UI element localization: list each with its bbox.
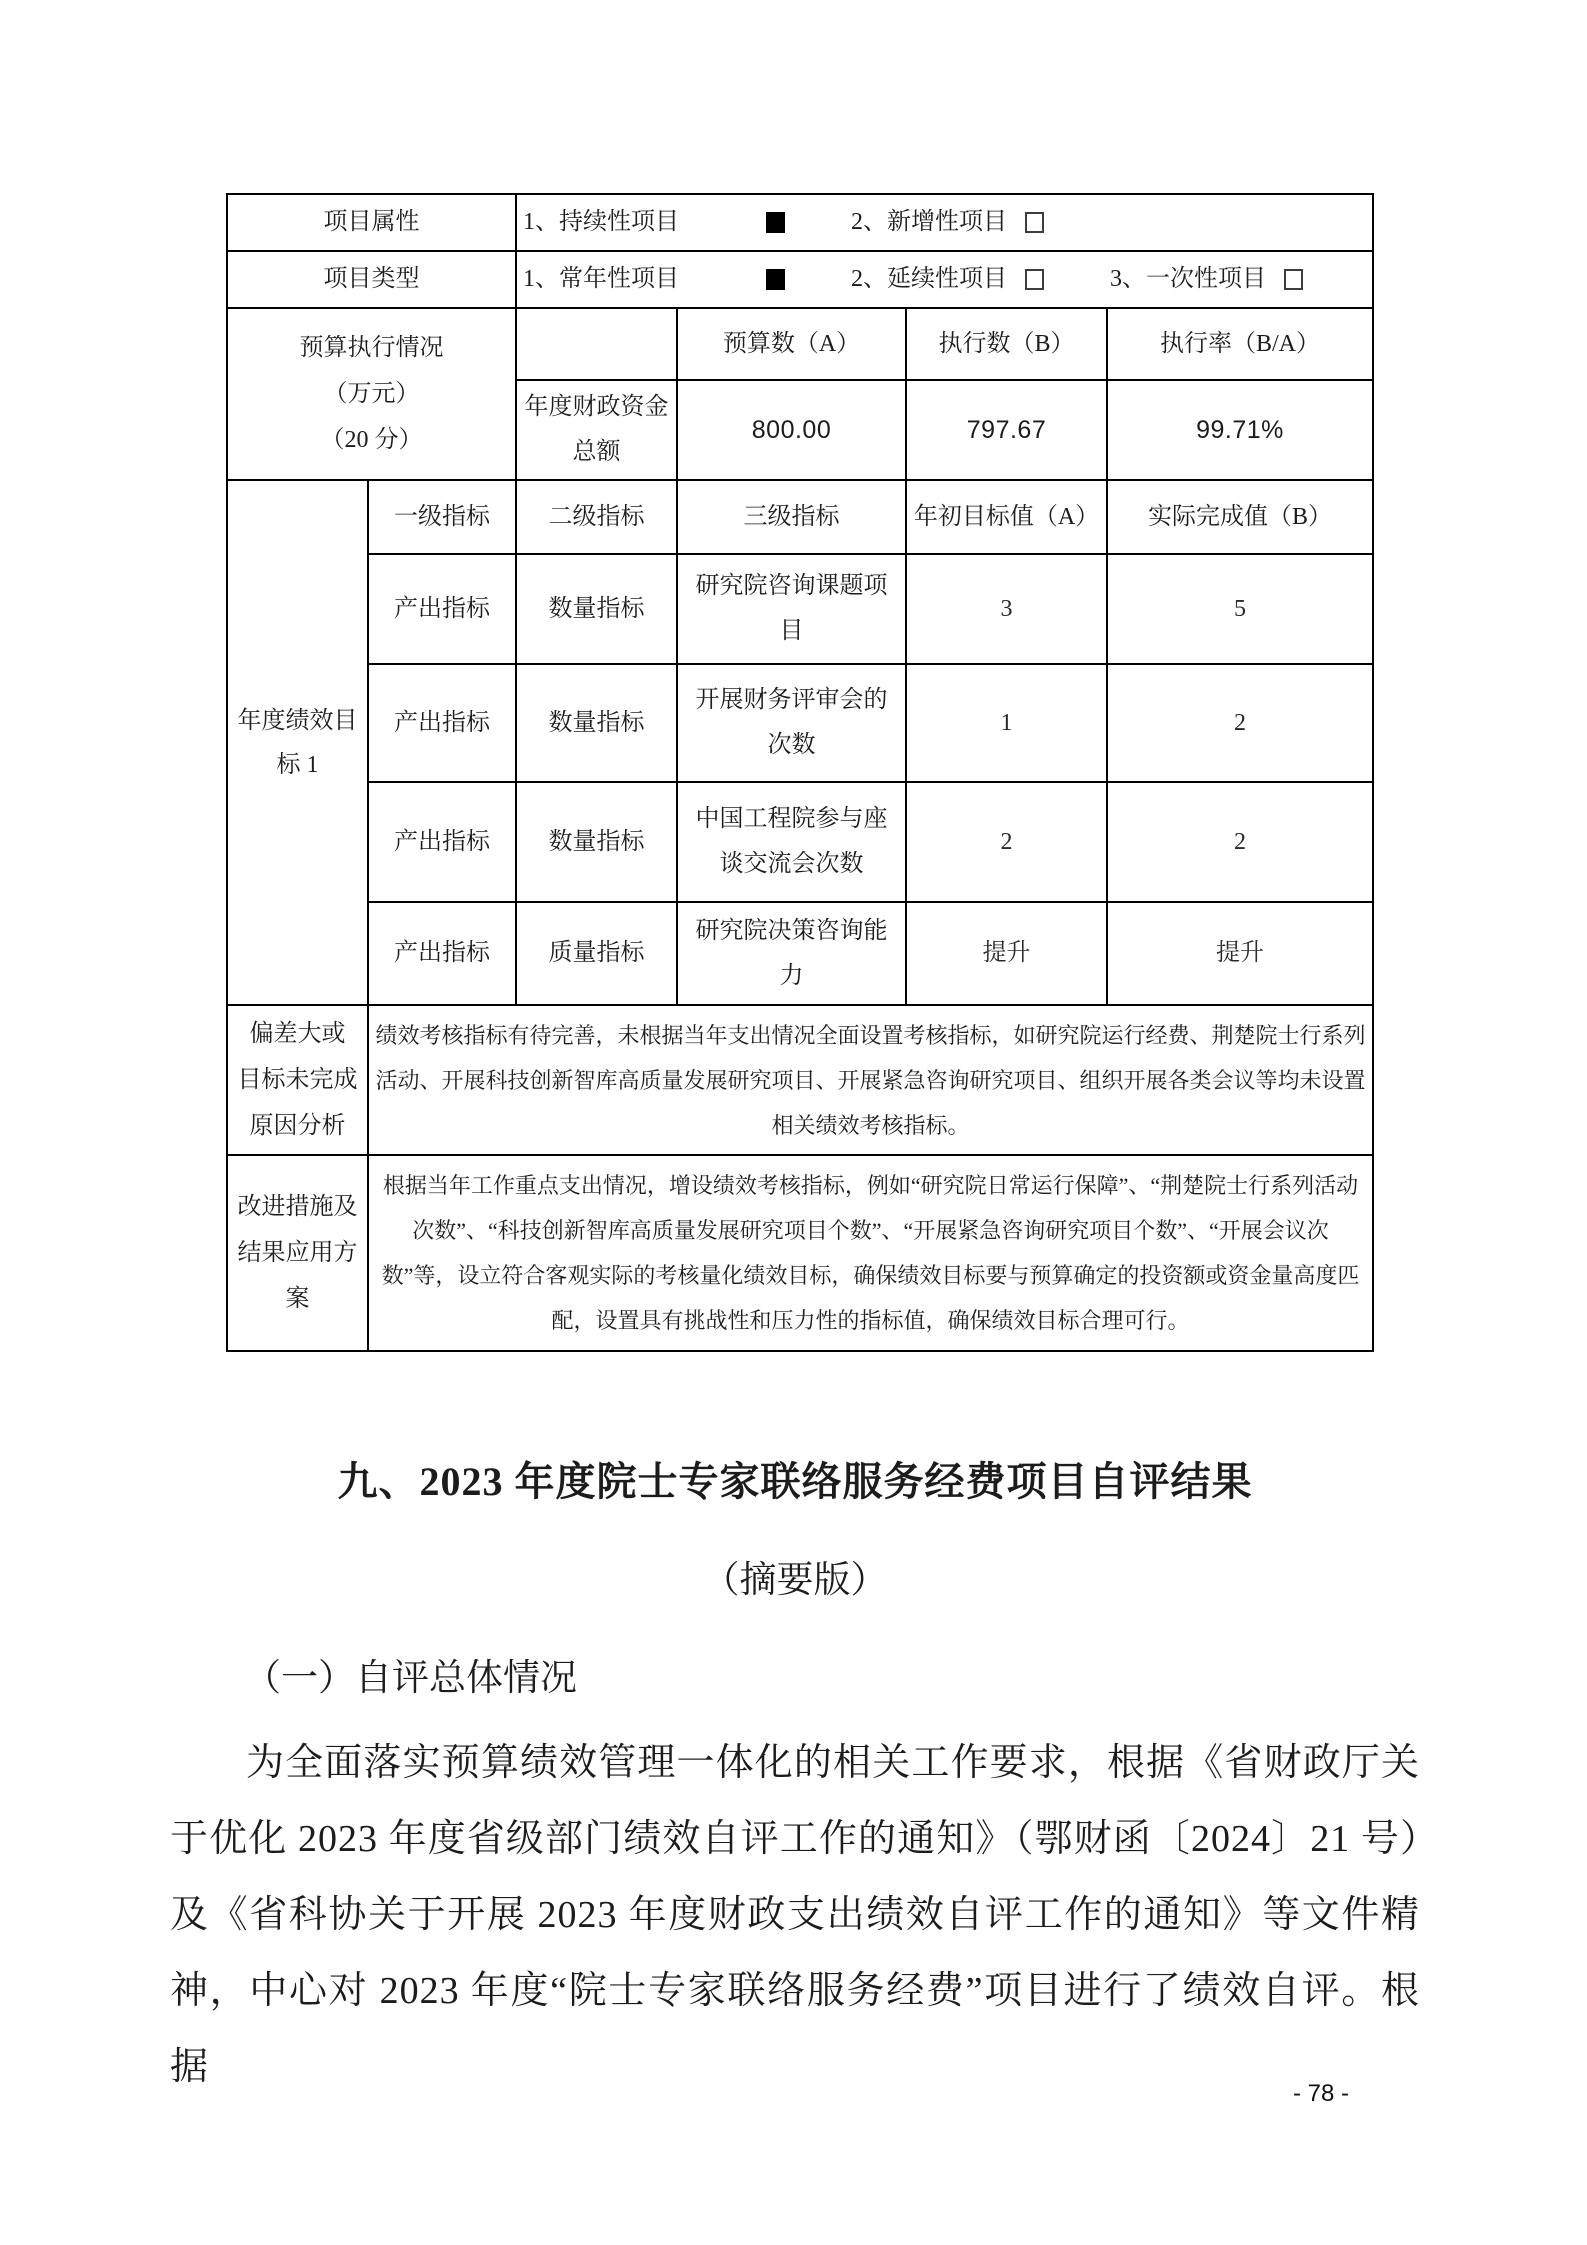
- indicator-level3: 研究院决策咨询能力: [677, 902, 906, 1005]
- table-row-indicator: 产出指标 质量指标 研究院决策咨询能力 提升 提升: [227, 902, 1373, 1005]
- attribute-option-2-label: 2、新增性项目: [851, 200, 1007, 245]
- table-row-indicator: 产出指标 数量指标 中国工程院参与座谈交流会次数 2 2: [227, 782, 1373, 902]
- budget-amount-header: 预算数（A）: [677, 308, 906, 380]
- indicator-level1: 产出指标: [368, 782, 516, 902]
- budget-amount-value: 800.00: [677, 380, 906, 480]
- improvement-label-line: 结果应用方: [234, 1230, 361, 1276]
- budget-section-label: 预算执行情况 （万元） （20 分）: [227, 308, 516, 480]
- budget-spacer-cell: [516, 308, 677, 380]
- indicator-level1: 产出指标: [368, 902, 516, 1005]
- table-row-indicator: 产出指标 数量指标 开展财务评审会的次数 1 2: [227, 664, 1373, 782]
- indicator-level2: 数量指标: [516, 664, 677, 782]
- deviation-analysis-label: 偏差大或 目标未完成 原因分析: [227, 1005, 368, 1155]
- indicator-actual: 5: [1107, 554, 1373, 664]
- annual-fiscal-total-label: 年度财政资金总额: [516, 380, 677, 480]
- type-option-1: 1、常年性项目: [523, 257, 785, 302]
- actual-value-header: 实际完成值（B）: [1107, 480, 1373, 554]
- indicator-level1: 产出指标: [368, 664, 516, 782]
- section-subheading: （摘要版）: [170, 1549, 1420, 1603]
- execution-rate-header: 执行率（B/A）: [1107, 308, 1373, 380]
- improvement-label-line: 案: [234, 1276, 361, 1322]
- attribute-label: 项目属性: [227, 194, 516, 251]
- type-option-1-label: 1、常年性项目: [523, 257, 679, 302]
- table-row-budget-headers: 预算执行情况 （万元） （20 分） 预算数（A） 执行数（B） 执行率（B/A…: [227, 308, 1373, 380]
- budget-label-line: （万元）: [234, 371, 509, 417]
- type-option-2: 2、延续性项目: [851, 257, 1044, 302]
- indicator-target: 提升: [906, 902, 1107, 1005]
- page-content: 项目属性 1、持续性项目 2、新增性项目: [0, 0, 1587, 2105]
- indicator-level3: 研究院咨询课题项目: [677, 554, 906, 664]
- type-option-3-label: 3、一次性项目: [1110, 257, 1266, 302]
- table-row-indicator: 产出指标 数量指标 研究院咨询课题项目 3 5: [227, 554, 1373, 664]
- budget-label-line: （20 分）: [234, 417, 509, 463]
- deviation-label-line: 目标未完成: [234, 1057, 361, 1103]
- page-number: - 78 -: [1293, 2080, 1349, 2108]
- section-heading: 九、2023 年度院士专家联络服务经费项目自评结果: [170, 1450, 1420, 1507]
- type-options-cell: 1、常年性项目 2、延续性项目 3、一次性项目: [516, 251, 1373, 308]
- deviation-label-line: 偏差大或: [234, 1011, 361, 1057]
- evaluation-table: 项目属性 1、持续性项目 2、新增性项目: [226, 193, 1374, 1352]
- attribute-options-cell: 1、持续性项目 2、新增性项目: [516, 194, 1373, 251]
- indicator-actual: 2: [1107, 664, 1373, 782]
- level3-indicator-header: 三级指标: [677, 480, 906, 554]
- indicator-target: 2: [906, 782, 1107, 902]
- table-row-improvement-plan: 改进措施及 结果应用方 案 根据当年工作重点支出情况，增设绩效考核指标，例如“研…: [227, 1155, 1373, 1351]
- checkbox-checked-icon: [766, 269, 785, 290]
- improvement-plan-text: 根据当年工作重点支出情况，增设绩效考核指标，例如“研究院日常运行保障”、“荆楚院…: [368, 1155, 1373, 1351]
- checkbox-unchecked-icon: [1284, 269, 1303, 290]
- indicator-actual: 提升: [1107, 902, 1373, 1005]
- executed-amount-value: 797.67: [906, 380, 1107, 480]
- document-page: 项目属性 1、持续性项目 2、新增性项目: [0, 0, 1587, 2245]
- attribute-option-1: 1、持续性项目: [523, 200, 785, 245]
- indicator-target: 3: [906, 554, 1107, 664]
- table-row-deviation-analysis: 偏差大或 目标未完成 原因分析 绩效考核指标有待完善，未根据当年支出情况全面设置…: [227, 1005, 1373, 1155]
- attribute-option-2: 2、新增性项目: [851, 200, 1044, 245]
- level1-indicator-header: 一级指标: [368, 480, 516, 554]
- indicator-level3: 中国工程院参与座谈交流会次数: [677, 782, 906, 902]
- indicator-level3: 开展财务评审会的次数: [677, 664, 906, 782]
- deviation-label-line: 原因分析: [234, 1103, 361, 1149]
- table-row-type: 项目类型 1、常年性项目 2、延续性项目 3、一次性项目: [227, 251, 1373, 308]
- type-option-3: 3、一次性项目: [1110, 257, 1303, 302]
- table-row-attribute: 项目属性 1、持续性项目 2、新增性项目: [227, 194, 1373, 251]
- goal-label-line: 年度绩效目: [234, 699, 361, 743]
- indicator-target: 1: [906, 664, 1107, 782]
- annual-goal-label: 年度绩效目 标 1: [227, 480, 368, 1005]
- checkbox-checked-icon: [766, 212, 785, 233]
- subsection-title: （一）自评总体情况: [170, 1647, 1420, 1701]
- goal-label-line: 标 1: [234, 743, 361, 787]
- improvement-plan-label: 改进措施及 结果应用方 案: [227, 1155, 368, 1351]
- indicator-level2: 数量指标: [516, 782, 677, 902]
- deviation-analysis-text: 绩效考核指标有待完善，未根据当年支出情况全面设置考核指标，如研究院运行经费、荆楚…: [368, 1005, 1373, 1155]
- target-value-header: 年初目标值（A）: [906, 480, 1107, 554]
- executed-amount-header: 执行数（B）: [906, 308, 1107, 380]
- indicator-actual: 2: [1107, 782, 1373, 902]
- attribute-option-1-label: 1、持续性项目: [523, 200, 679, 245]
- type-option-2-label: 2、延续性项目: [851, 257, 1007, 302]
- indicator-level2: 数量指标: [516, 554, 677, 664]
- execution-rate-value: 99.71%: [1107, 380, 1373, 480]
- table-row-indicator-headers: 年度绩效目 标 1 一级指标 二级指标 三级指标 年初目标值（A） 实际完成值（…: [227, 480, 1373, 554]
- type-label: 项目类型: [227, 251, 516, 308]
- body-paragraph: 为全面落实预算绩效管理一体化的相关工作要求，根据《省财政厅关于优化 2023 年…: [170, 1725, 1420, 2105]
- checkbox-unchecked-icon: [1025, 269, 1044, 290]
- checkbox-unchecked-icon: [1025, 212, 1044, 233]
- indicator-level2: 质量指标: [516, 902, 677, 1005]
- budget-label-line: 预算执行情况: [234, 325, 509, 371]
- level2-indicator-header: 二级指标: [516, 480, 677, 554]
- improvement-label-line: 改进措施及: [234, 1184, 361, 1230]
- indicator-level1: 产出指标: [368, 554, 516, 664]
